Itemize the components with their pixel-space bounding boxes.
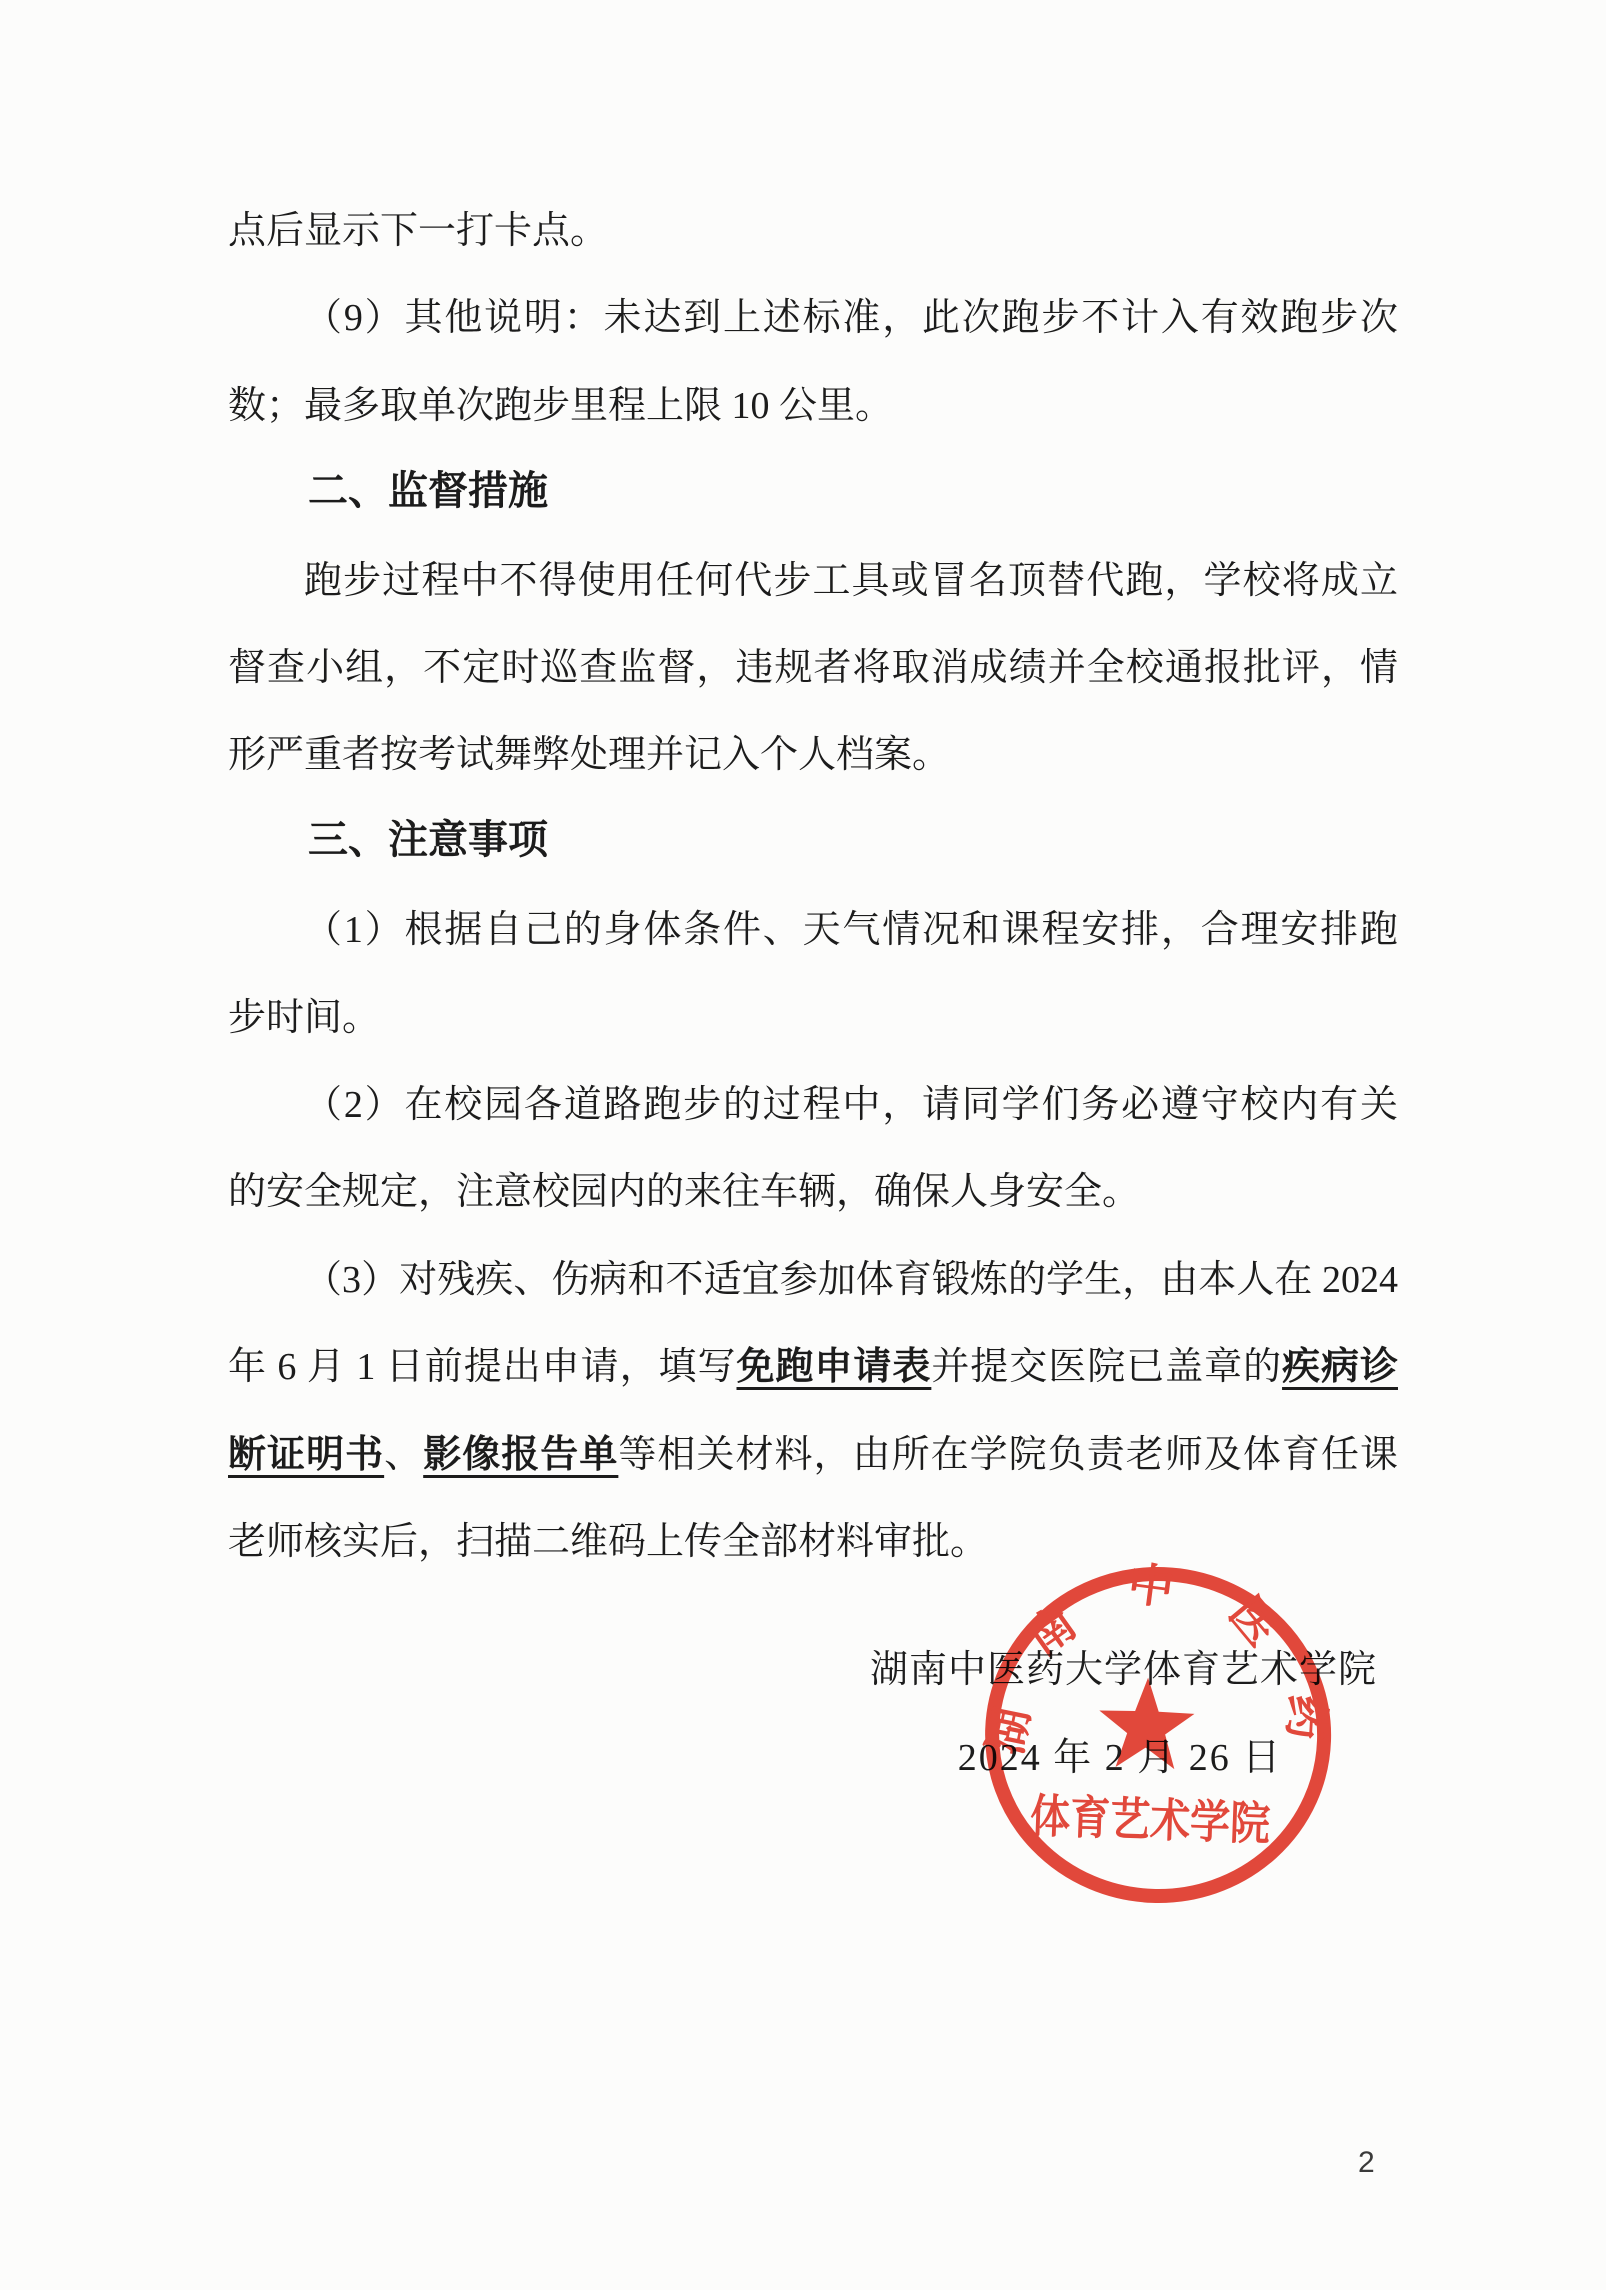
underlined-term: 免跑申请表	[737, 1346, 932, 1388]
body-text-line: 点后显示下一打卡点。	[228, 206, 1398, 256]
section-heading-notes: 三、注意事项	[228, 815, 1398, 865]
text-segment: 年 6 月 1 日前提出申请，填写	[228, 1346, 737, 1388]
section-heading-supervision: 二、监督措施	[228, 466, 1398, 516]
page-number: 2	[1358, 2146, 1375, 2180]
seal-bottom-text: 体育艺术学院	[1029, 1791, 1271, 1850]
body-text-line-underlined-terms: 年 6 月 1 日前提出申请，填写免跑申请表并提交医院已盖章的疾病诊	[228, 1342, 1398, 1392]
underlined-term: 断证明书	[228, 1434, 384, 1476]
body-text-line: 形严重者按考试舞弊处理并记入个人档案。	[228, 730, 1398, 780]
text-segment: 等相关材料，由所在学院负责老师及体育任课	[618, 1434, 1398, 1476]
underlined-term: 疾病诊	[1282, 1346, 1398, 1388]
body-text-line: （1）根据自己的身体条件、天气情况和课程安排，合理安排跑	[228, 905, 1398, 955]
body-text-line: 数；最多取单次跑步里程上限 10 公里。	[228, 381, 1398, 431]
body-text-line: 步时间。	[228, 993, 1398, 1043]
body-text-line: 的安全规定，注意校园内的来往车辆，确保人身安全。	[228, 1167, 1398, 1217]
body-text-line: （3）对残疾、伤病和不适宜参加体育锻炼的学生，由本人在 2024	[228, 1255, 1398, 1305]
seal-arc-text-container: 湖南中医药大学	[969, 1552, 1339, 1794]
official-seal: 湖南中医药大学 体育艺术学院	[969, 1552, 1347, 1925]
body-text-line-underlined-terms: 断证明书、影像报告单等相关材料，由所在学院负责老师及体育任课	[228, 1430, 1398, 1480]
star-icon	[1097, 1676, 1195, 1770]
body-text-line: （2）在校园各道路跑步的过程中，请同学们务必遵守校内有关	[228, 1080, 1398, 1130]
underlined-term: 影像报告单	[423, 1434, 618, 1476]
body-text-line: （9）其他说明：未达到上述标准，此次跑步不计入有效跑步次	[228, 293, 1398, 343]
seal-arc-text: 湖南中医药大学	[969, 1552, 1339, 1794]
text-segment: 、	[384, 1434, 423, 1476]
scanned-document-page: 点后显示下一打卡点。 （9）其他说明：未达到上述标准，此次跑步不计入有效跑步次 …	[0, 0, 1606, 2290]
body-text-line: 督查小组，不定时巡查监督，违规者将取消成绩并全校通报批评，情	[228, 643, 1398, 693]
text-segment: 并提交医院已盖章的	[931, 1346, 1282, 1388]
body-text-line: 跑步过程中不得使用任何代步工具或冒名顶替代跑，学校将成立	[228, 556, 1398, 606]
